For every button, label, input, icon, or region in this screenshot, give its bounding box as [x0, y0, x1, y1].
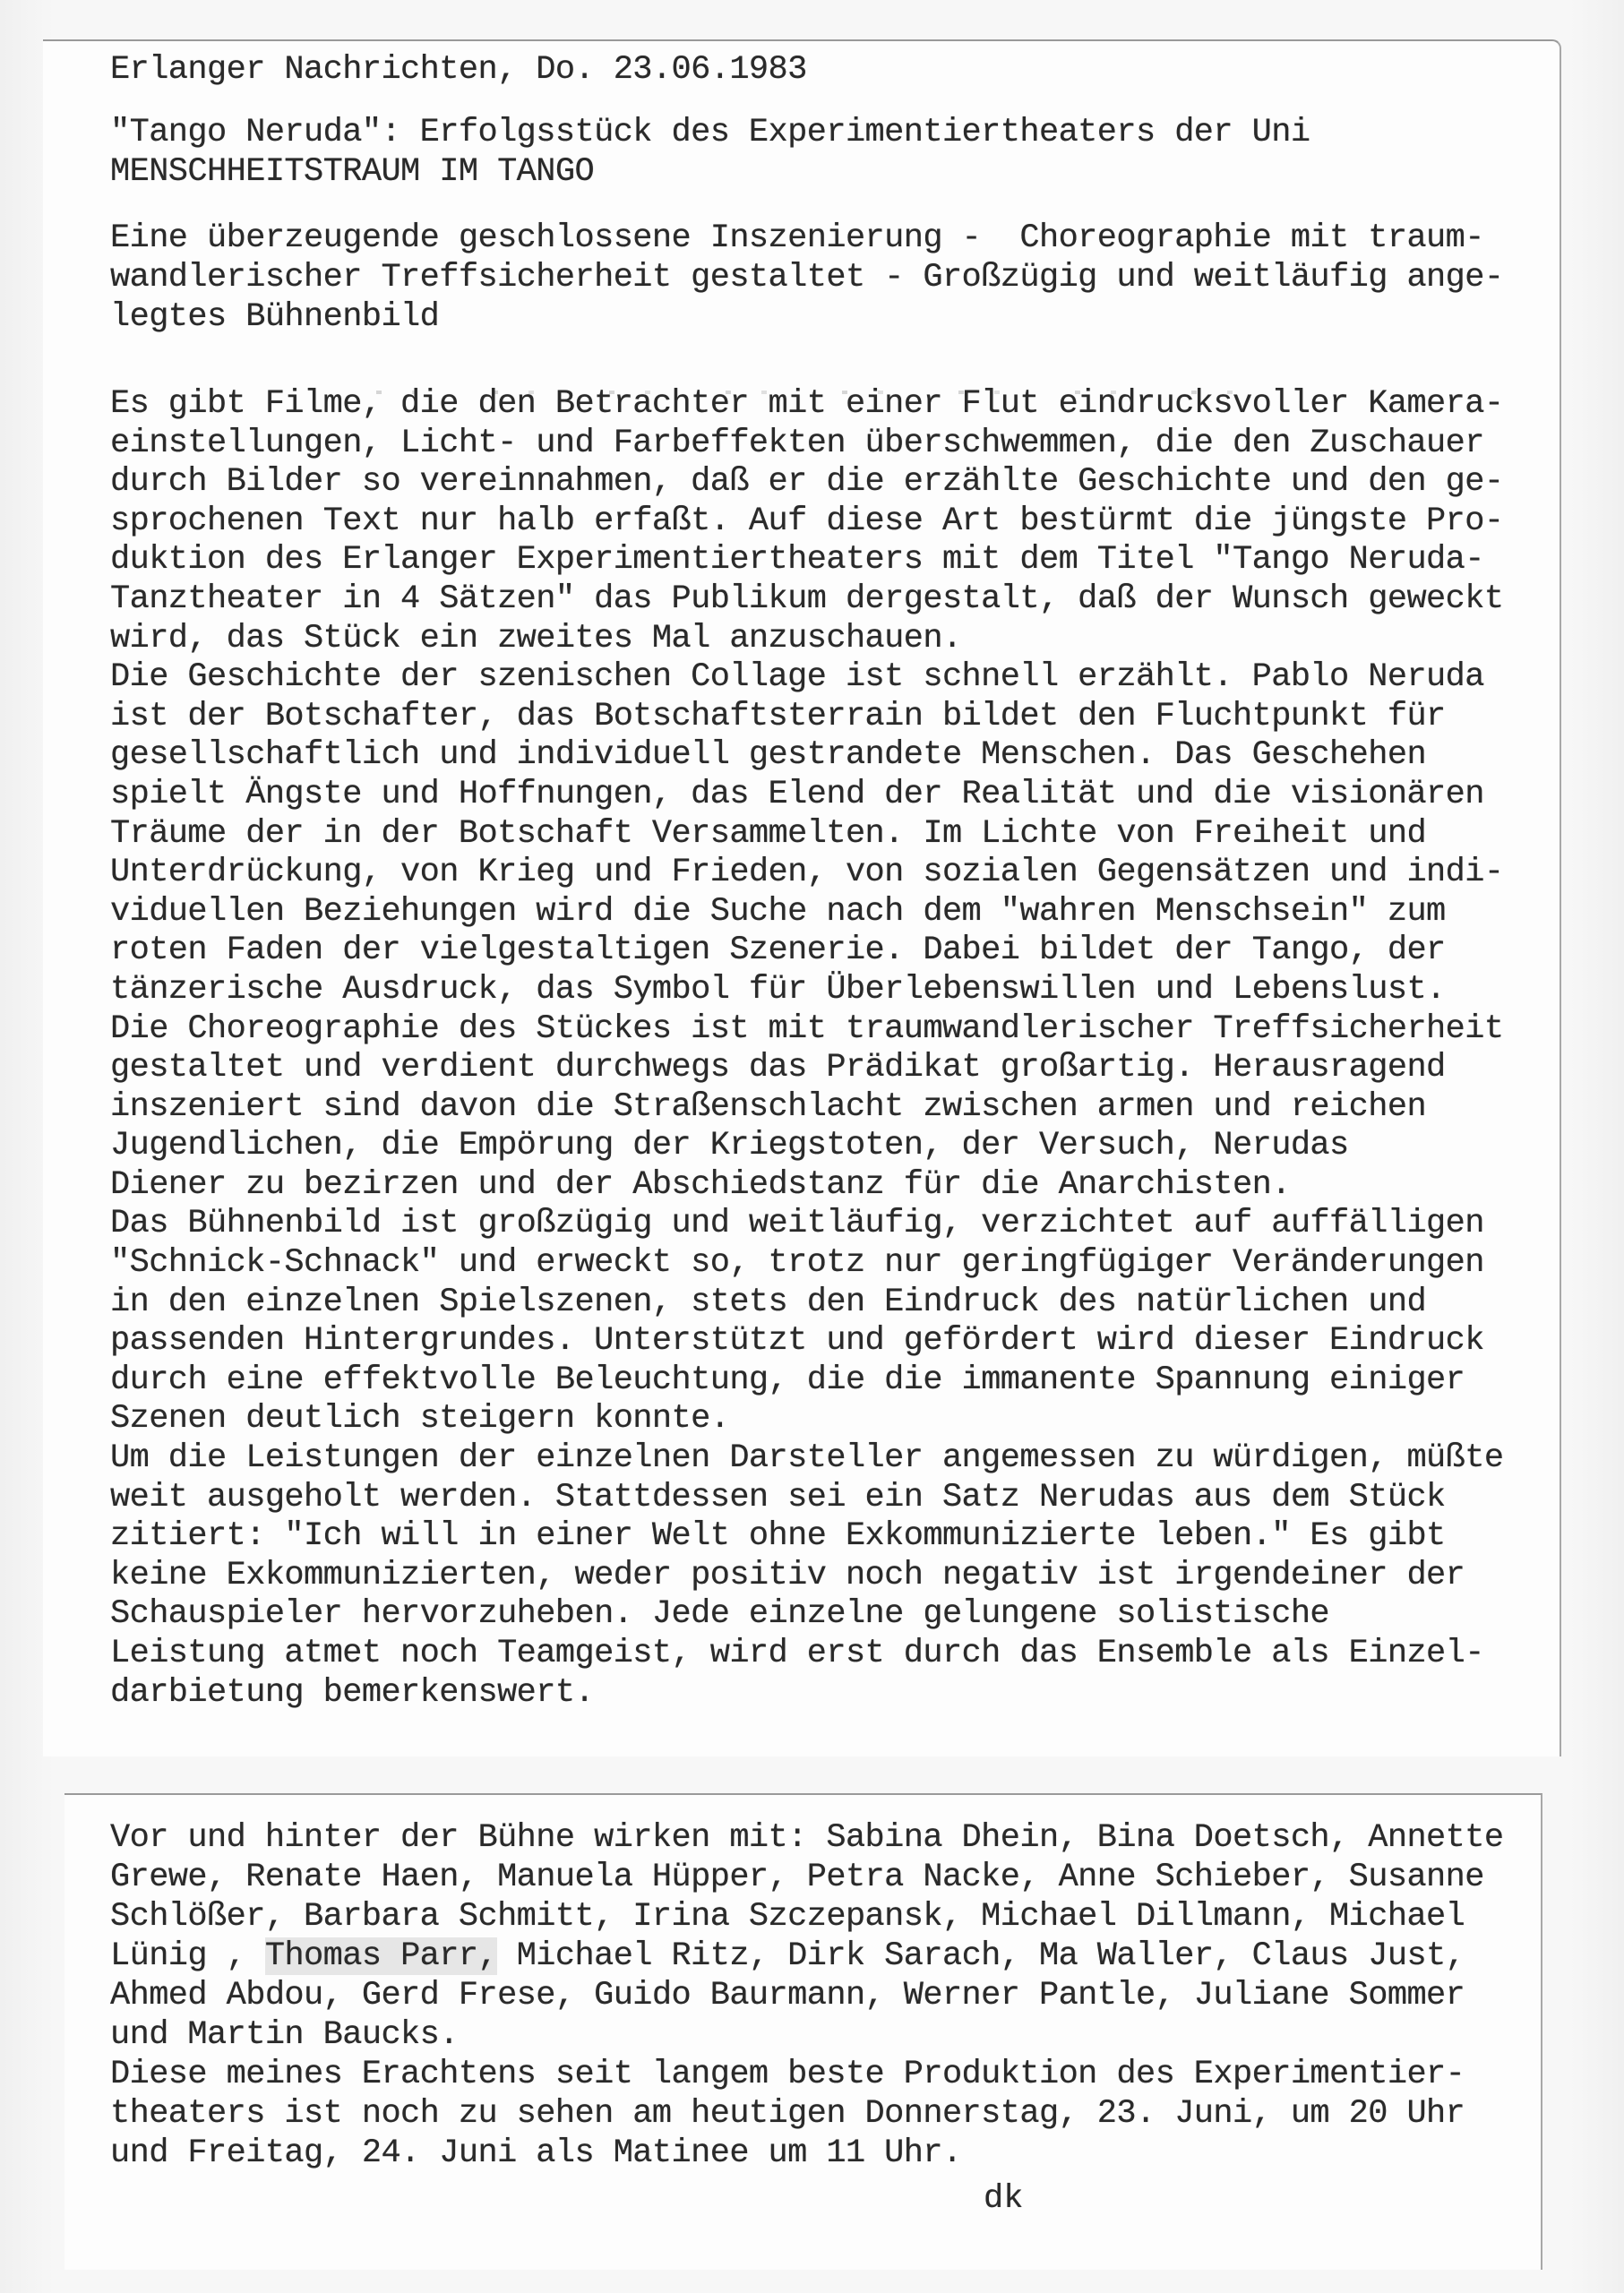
closing-line: Diese meines Erachtens seit langem beste… — [110, 2055, 1503, 2094]
kicker: "Tango Neruda": Erfolgsstück des Experim… — [110, 113, 1310, 152]
body-line: Szenen deutlich steigern konnte. — [110, 1400, 1503, 1439]
body-line: Es gibt Filme, die den Betrachter mit ei… — [110, 385, 1503, 425]
body-line: zitiert: "Ich will in einer Welt ohne Ex… — [110, 1517, 1503, 1557]
body-line: inszeniert sind davon die Straßenschlach… — [110, 1088, 1503, 1128]
body-line: gesellschaftlich und individuell gestran… — [110, 736, 1503, 776]
credits-fragment: Lünig , — [110, 1937, 265, 1975]
credits-line: Ahmed Abdou, Gerd Frese, Guido Baurmann,… — [110, 1976, 1503, 2015]
body-line: durch Bilder so vereinnahmen, daß er die… — [110, 463, 1503, 502]
credits-line: Grewe, Renate Haen, Manuela Hüpper, Petr… — [110, 1858, 1503, 1897]
credits-block: Vor und hinter der Bühne wirken mit: Sab… — [110, 1818, 1503, 2173]
lead-paragraph: Eine überzeugende geschlossene Inszenier… — [110, 219, 1503, 337]
body-line: Tanztheater in 4 Sätzen" das Publikum de… — [110, 580, 1503, 620]
body-line: tänzerische Ausdruck, das Symbol für Übe… — [110, 971, 1503, 1010]
body-line: spielt Ängste und Hoffnungen, das Elend … — [110, 776, 1503, 815]
highlighted-name: Thomas Parr, — [265, 1937, 497, 1975]
author-signature: dk — [984, 2180, 1023, 2218]
body-line: gestaltet und verdient durchwegs das Prä… — [110, 1049, 1503, 1088]
body-line: einstellungen, Licht- und Farbeffekten ü… — [110, 425, 1503, 464]
body-line: roten Faden der vielgestaltigen Szenerie… — [110, 932, 1503, 971]
body-line: Um die Leistungen der einzelnen Darstell… — [110, 1439, 1503, 1479]
credits-line: Vor und hinter der Bühne wirken mit: Sab… — [110, 1818, 1503, 1858]
body-line: weit ausgeholt werden. Stattdessen sei e… — [110, 1479, 1503, 1518]
closing-line: und Freitag, 24. Juni als Matinee um 11 … — [110, 2134, 1503, 2173]
credits-line: Schlößer, Barbara Schmitt, Irina Szczepa… — [110, 1897, 1503, 1937]
body-line: Die Choreographie des Stückes ist mit tr… — [110, 1010, 1503, 1050]
body-line: sprochenen Text nur halb erfaßt. Auf die… — [110, 502, 1503, 542]
body-line: wird, das Stück ein zweites Mal anzuscha… — [110, 620, 1503, 659]
body-line: Träume der in der Botschaft Versammelten… — [110, 815, 1503, 855]
body-line: Diener zu bezirzen und der Abschiedstanz… — [110, 1166, 1503, 1206]
credits-fragment: Michael Ritz, Dirk Sarach, Ma Waller, Cl… — [497, 1937, 1465, 1975]
body-line: keine Exkommunizierten, weder positiv no… — [110, 1557, 1503, 1596]
closing-line: theaters ist noch zu sehen am heutigen D… — [110, 2094, 1503, 2134]
headline: MENSCHHEITSTRAUM IM TANGO — [110, 152, 1310, 192]
body-line: in den einzelnen Spielszenen, stets den … — [110, 1284, 1503, 1323]
body-line: duktion des Erlanger Experimentiertheate… — [110, 541, 1503, 580]
credits-line: Lünig , Thomas Parr, Michael Ritz, Dirk … — [110, 1937, 1503, 1976]
lead-line: legtes Bühnenbild — [110, 297, 1503, 337]
body-line: viduellen Beziehungen wird die Suche nac… — [110, 893, 1503, 932]
body-line: passenden Hintergrundes. Unterstützt und… — [110, 1322, 1503, 1361]
body-line: Schauspieler hervorzuheben. Jede einzeln… — [110, 1595, 1503, 1635]
lead-line: wandlerischer Treffsicherheit gestaltet … — [110, 258, 1503, 297]
body-line: durch eine effektvolle Beleuchtung, die … — [110, 1361, 1503, 1401]
body-line: Das Bühnenbild ist großzügig und weitläu… — [110, 1205, 1503, 1244]
source-line: Erlanger Nachrichten, Do. 23.06.1983 — [110, 50, 807, 90]
lead-line: Eine überzeugende geschlossene Inszenier… — [110, 219, 1503, 258]
body-line: "Schnick-Schnack" und erweckt so, trotz … — [110, 1244, 1503, 1284]
body-line: Unterdrückung, von Krieg und Frieden, vo… — [110, 854, 1503, 893]
credits-line: und Martin Baucks. — [110, 2015, 1503, 2055]
article-body: Es gibt Filme, die den Betrachter mit ei… — [110, 385, 1503, 1713]
body-line: ist der Botschafter, das Botschaftsterra… — [110, 698, 1503, 737]
body-line: darbietung bemerkenswert. — [110, 1674, 1503, 1713]
body-line: Jugendlichen, die Empörung der Kriegstot… — [110, 1127, 1503, 1166]
body-line: Die Geschichte der szenischen Collage is… — [110, 658, 1503, 698]
body-line: Leistung atmet noch Teamgeist, wird erst… — [110, 1635, 1503, 1674]
headline-block: "Tango Neruda": Erfolgsstück des Experim… — [110, 113, 1310, 192]
